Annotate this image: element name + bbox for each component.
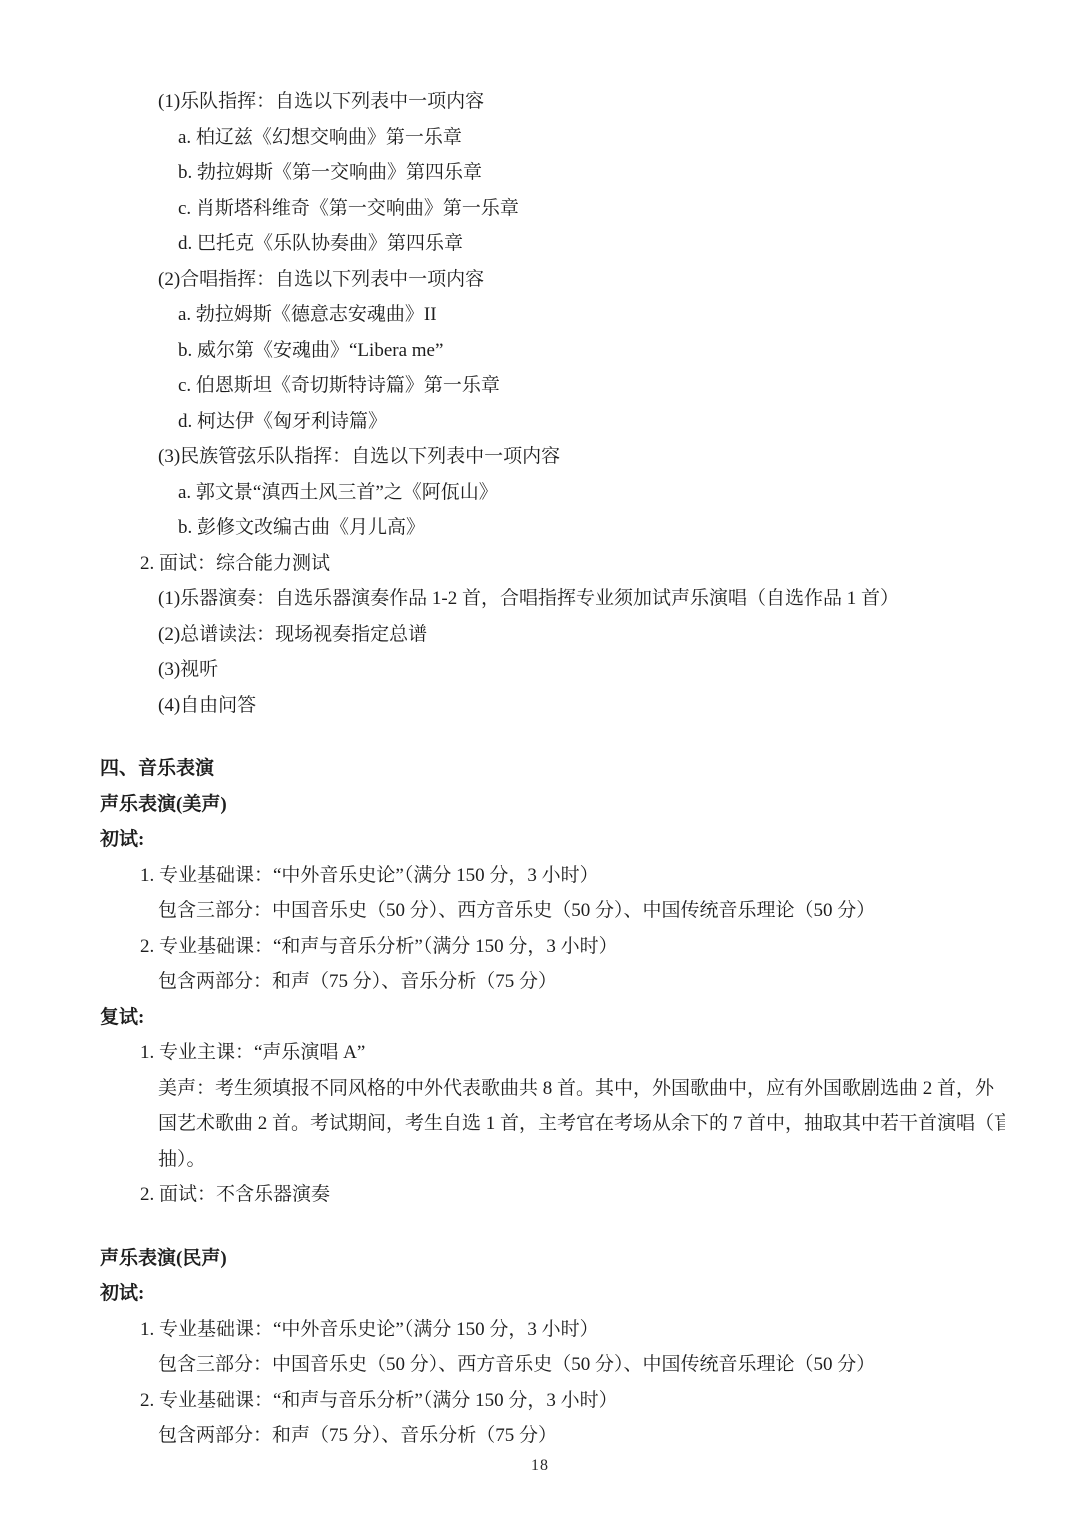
round-label-first-round: 初试: [100, 822, 1005, 858]
page-footer: 18 [0, 1457, 1080, 1475]
music-performance-section: 四、音乐表演 声乐表演(美声) 初试: 1. 专业基础课：“中外音乐史论”（满分… [100, 751, 1005, 1454]
list-item-folk-orchestra-conducting-heading: (3)民族管弦乐队指挥：自选以下列表中一项内容 [100, 439, 1005, 475]
list-item-major-course: 1. 专业主课：“声乐演唱 A” [100, 1035, 1005, 1071]
list-item-foundation-course-1-detail: 包含三部分：中国音乐史（50 分）、西方音乐史（50 分）、中国传统音乐理论（5… [100, 1347, 1005, 1383]
subsection-title-vocal-folk: 声乐表演(民声) [100, 1241, 1005, 1277]
document-page: (1)乐队指挥：自选以下列表中一项内容 a. 柏辽兹《幻想交响曲》第一乐章 b.… [0, 0, 1080, 1527]
list-item-interview-no-instrument: 2. 面试：不含乐器演奏 [100, 1177, 1005, 1213]
list-item-foundation-course-2: 2. 专业基础课：“和声与音乐分析”（满分 150 分，3 小时） [100, 929, 1005, 965]
round-label-second-round: 复试: [100, 1000, 1005, 1036]
paragraph-bel-canto-requirements-line3: 抽）。 [100, 1142, 1005, 1178]
subsection-title-vocal-bel-canto: 声乐表演(美声) [100, 787, 1005, 823]
repertoire-item: b. 勃拉姆斯《第一交响曲》第四乐章 [100, 155, 1005, 191]
repertoire-item: a. 柏辽兹《幻想交响曲》第一乐章 [100, 120, 1005, 156]
repertoire-item: d. 柯达伊《匈牙利诗篇》 [100, 404, 1005, 440]
round-label-first-round: 初试: [100, 1276, 1005, 1312]
list-item-free-qa: (4)自由问答 [100, 688, 1005, 724]
section-title-music-performance: 四、音乐表演 [100, 751, 1005, 787]
paragraph-bel-canto-requirements-line1: 美声：考生须填报不同风格的中外代表歌曲共 8 首。其中，外国歌曲中，应有外国歌剧… [100, 1071, 1005, 1107]
page-number: 18 [531, 1457, 549, 1474]
list-item-foundation-course-2-detail: 包含两部分：和声（75 分）、音乐分析（75 分） [100, 964, 1005, 1000]
list-item-audio-visual: (3)视听 [100, 652, 1005, 688]
list-item-foundation-course-1-detail: 包含三部分：中国音乐史（50 分）、西方音乐史（50 分）、中国传统音乐理论（5… [100, 893, 1005, 929]
repertoire-item: d. 巴托克《乐队协奏曲》第四乐章 [100, 226, 1005, 262]
list-item-foundation-course-2-detail: 包含两部分：和声（75 分）、音乐分析（75 分） [100, 1418, 1005, 1454]
page-content: (1)乐队指挥：自选以下列表中一项内容 a. 柏辽兹《幻想交响曲》第一乐章 b.… [100, 84, 1005, 1454]
list-item-foundation-course-1: 1. 专业基础课：“中外音乐史论”（满分 150 分，3 小时） [100, 1312, 1005, 1348]
repertoire-item: a. 郭文景“滇西土风三首”之《阿佤山》 [100, 475, 1005, 511]
list-item-interview-heading: 2. 面试：综合能力测试 [100, 546, 1005, 582]
list-item-foundation-course-1: 1. 专业基础课：“中外音乐史论”（满分 150 分，3 小时） [100, 858, 1005, 894]
list-item-foundation-course-2: 2. 专业基础课：“和声与音乐分析”（满分 150 分，3 小时） [100, 1383, 1005, 1419]
list-item-instrument-performance: (1)乐器演奏：自选乐器演奏作品 1-2 首，合唱指挥专业须加试声乐演唱（自选作… [100, 581, 1005, 617]
repertoire-item: c. 肖斯塔科维奇《第一交响曲》第一乐章 [100, 191, 1005, 227]
repertoire-item: c. 伯恩斯坦《奇切斯特诗篇》第一乐章 [100, 368, 1005, 404]
conducting-exam-section: (1)乐队指挥：自选以下列表中一项内容 a. 柏辽兹《幻想交响曲》第一乐章 b.… [100, 84, 1005, 723]
list-item-score-reading: (2)总谱读法：现场视奏指定总谱 [100, 617, 1005, 653]
list-item-orchestra-conducting-heading: (1)乐队指挥：自选以下列表中一项内容 [100, 84, 1005, 120]
paragraph-bel-canto-requirements-line2: 国艺术歌曲 2 首。考试期间，考生自选 1 首，主考官在考场从余下的 7 首中，… [100, 1106, 1005, 1142]
repertoire-item: a. 勃拉姆斯《德意志安魂曲》II [100, 297, 1005, 333]
repertoire-item: b. 彭修文改编古曲《月儿高》 [100, 510, 1005, 546]
repertoire-item: b. 威尔第《安魂曲》“Libera me” [100, 333, 1005, 369]
list-item-choral-conducting-heading: (2)合唱指挥：自选以下列表中一项内容 [100, 262, 1005, 298]
